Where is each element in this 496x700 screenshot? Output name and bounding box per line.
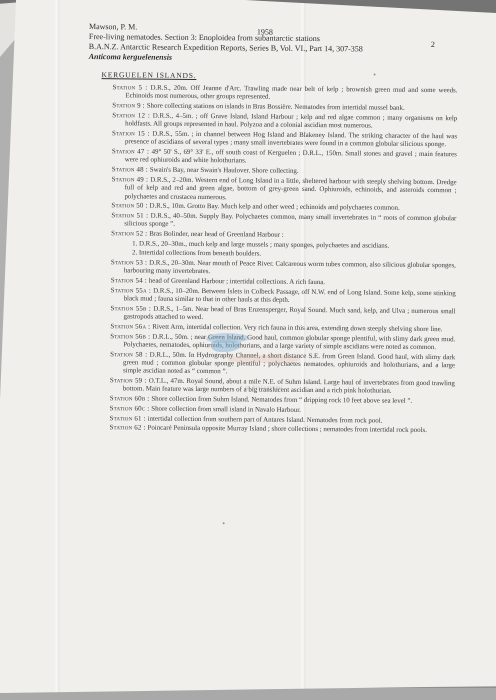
station-label: Station 56a : <box>110 323 152 330</box>
scanned-document-screenshot: { "page_number": "2", "header": { "autho… <box>0 0 496 700</box>
station-label: Station 51 : <box>111 212 150 219</box>
station-label: Station 15 : <box>112 130 152 137</box>
station-label: Station 52 : <box>111 230 149 237</box>
station-label: Station 12 : <box>112 112 153 119</box>
station-entry: Station 62 : Poincaré Peninsula opposite… <box>122 425 454 436</box>
station-entry: Station 12 : D.R.S., 4–5m. ; off Grave I… <box>125 112 457 131</box>
station-label: Station 9 : <box>112 102 146 109</box>
document-page: Mawson, P. M. 1958 Free-living nematodes… <box>0 0 496 700</box>
scan-speck <box>374 74 376 76</box>
station-label: Station 62 : <box>109 425 147 432</box>
author-line: Mawson, P. M. <box>89 22 137 31</box>
station-label: Station 48 : <box>112 166 150 173</box>
station-entry: Station 5 : D.R.S., 20m. Off Jeanne d'Ar… <box>125 84 457 103</box>
station-entry: Station 49 : D.R.S., 2–20m. Western end … <box>124 176 456 204</box>
species-name: Anticoma kerguelenensis <box>89 52 461 65</box>
station-entry: Station 55b : D.R.S., 1–5m. Near head of… <box>123 305 455 324</box>
station-entry: Station 47 : 49° 50' S., 69° 33' E., off… <box>125 148 457 167</box>
station-label: Station 49 : <box>112 176 151 183</box>
citation-header: Mawson, P. M. 1958 Free-living nematodes… <box>89 22 461 65</box>
page-number: 2 <box>431 40 435 49</box>
station-list: Station 5 : D.R.S., 20m. Off Jeanne d'Ar… <box>122 84 457 437</box>
station-entry: Station 56b : D.R.L., 50m. ; near Green … <box>123 333 455 352</box>
station-label: Station 50 : <box>111 203 149 210</box>
station-label: Station 58 : <box>110 351 150 358</box>
ghost-print-artifact: nt bislagrami <box>245 386 283 392</box>
scan-speck <box>223 522 225 524</box>
station-entry: Station 59 : O.T.L., 47m. Royal Sound, a… <box>123 377 455 396</box>
station-label: Station 53 : <box>111 259 149 266</box>
station-label: Station 55b : <box>110 305 153 312</box>
page-content: Mawson, P. M. 1958 Free-living nematodes… <box>0 0 496 700</box>
station-label: Station 5 : <box>112 84 150 91</box>
station-entry: Station 53 : D.R.S., 20–30m. Near mouth … <box>124 259 456 278</box>
station-label: Station 55a : <box>111 287 153 294</box>
station-label: Station 61 : <box>110 415 148 422</box>
section-heading: KERGUELEN ISLANDS. <box>102 70 197 80</box>
station-entry: Station 58 : D.R.L., 50m. In Hydrography… <box>123 351 455 379</box>
station-label: Station 56b : <box>110 333 152 340</box>
station-label: Station 47 : <box>112 148 152 155</box>
station-label: Station 54 : <box>111 277 149 284</box>
station-label: Station 59 : <box>110 377 149 384</box>
station-entry: Station 15 : D.R.S., 55m. ; in channel b… <box>125 130 457 149</box>
station-entry: Station 55a : D.R.S., 10–20m. Between Is… <box>124 287 456 306</box>
station-entry: Station 51 : D.R.S., 40–50m. Supply Bay.… <box>124 213 456 232</box>
station-label: Station 60b : <box>110 395 152 402</box>
station-label: Station 60c : <box>110 405 152 412</box>
